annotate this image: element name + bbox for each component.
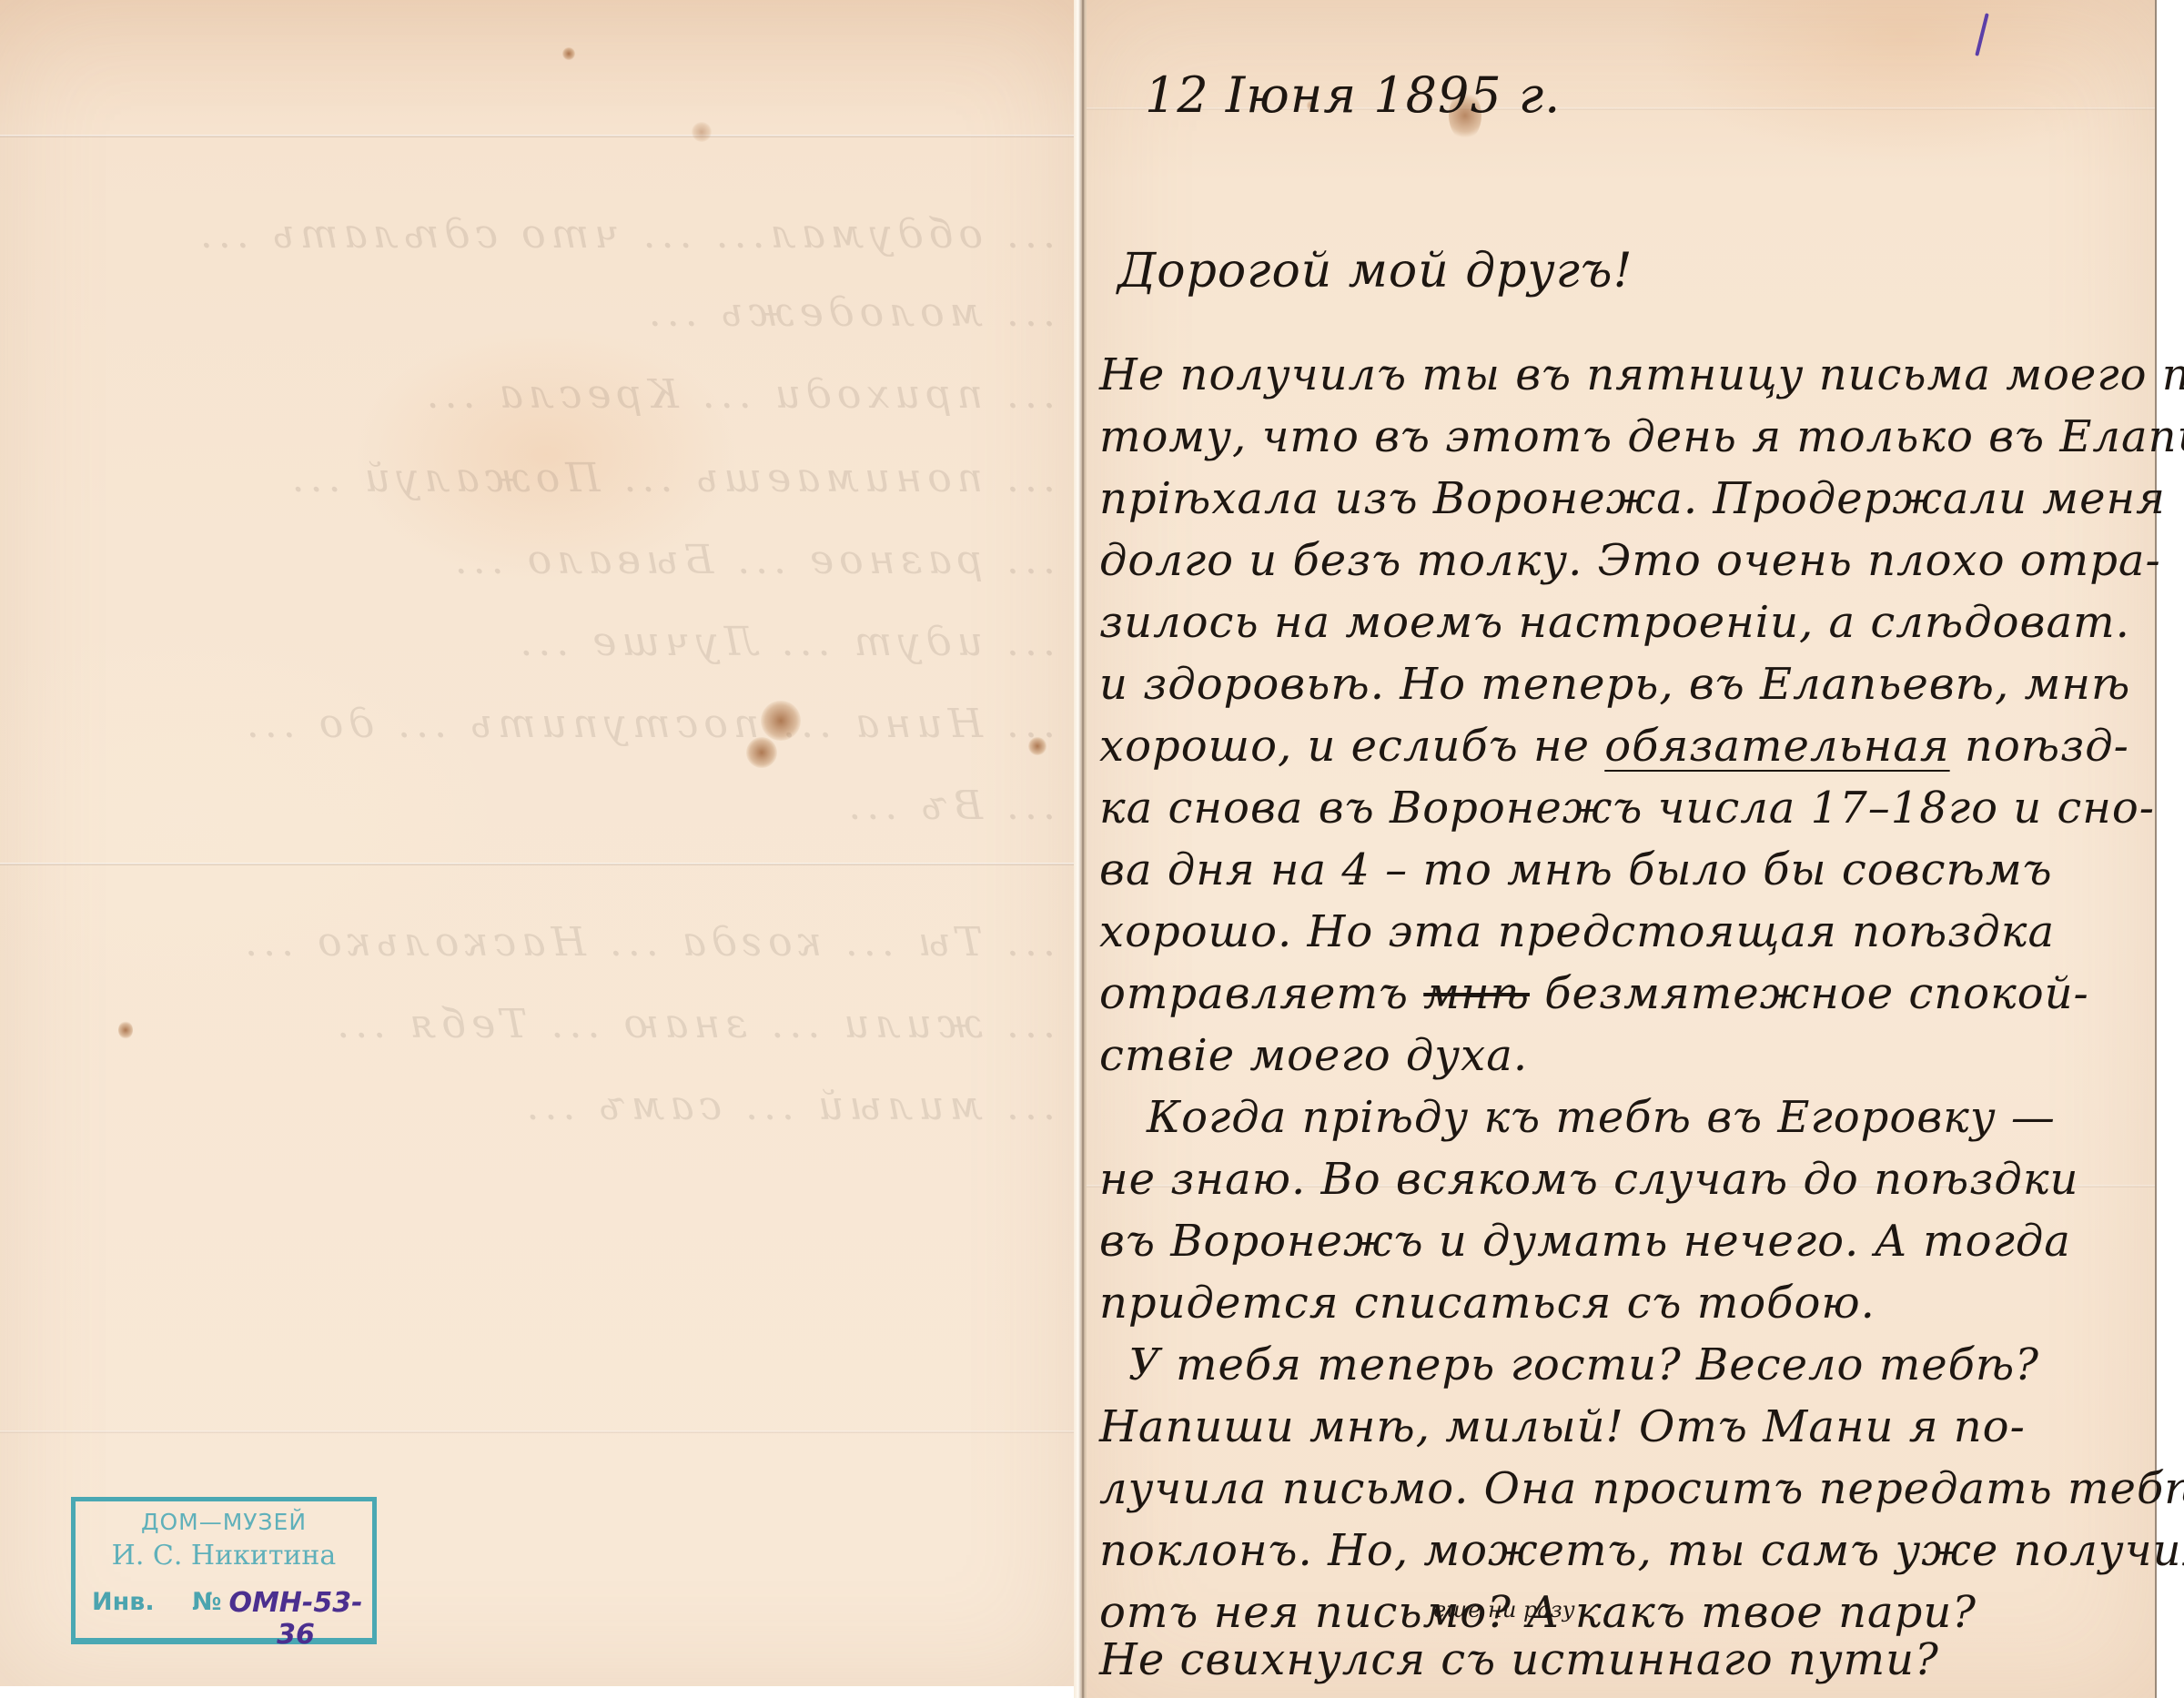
ink-stain	[562, 47, 575, 60]
letter-line: Не получилъ ты въ пятницу письма моего п…	[1099, 353, 2146, 397]
stamp-museum-person: И. С. Никитина	[76, 1540, 372, 1572]
fold-crease-top	[0, 135, 1074, 137]
left-page: ... обдумал... ... что сдѣлать ... ... м…	[0, 0, 1077, 1686]
museum-stamp: ДОМ—МУЗЕЙ И. С. Никитина Инв. № ОМН-53-3…	[71, 1497, 377, 1644]
stamp-inventory-number: ОМН-53-36	[219, 1587, 372, 1651]
ink-stain	[692, 122, 712, 142]
ink-stain	[761, 701, 801, 741]
underlined-word: обязательная	[1604, 721, 1949, 772]
bleed-through-line: ... жили ... знаю ... Тебя ...	[27, 1001, 1056, 1047]
bleed-through-line: ... милый ... самъ ...	[27, 1083, 1056, 1129]
stamp-inv-label: Инв.	[92, 1588, 155, 1616]
letter-salutation: Дорогой мой другъ!	[1117, 248, 2164, 295]
letter-line: не знаю. Во всякомъ случаѣ до поѣздки	[1099, 1157, 2146, 1201]
bleed-through-line: ... Въ ...	[27, 783, 1056, 829]
letter-line: У тебя теперь гости? Весело тебѣ?	[1128, 1343, 2175, 1387]
ink-stain	[1028, 737, 1046, 755]
letter-line: долго и безъ толку. Это очень плохо отра…	[1099, 539, 2146, 582]
bleed-through-line: ... обдумал... ... что сдѣлать ...	[27, 211, 1056, 258]
letter-line: Не свихнулся съ истиннаго пути?	[1099, 1638, 2146, 1682]
letter-line: пріѣхала изъ Воронежа. Продержали меня	[1099, 477, 2146, 520]
letter-line: лучила письмо. Она проситъ передать тебѣ	[1099, 1467, 2146, 1511]
bleed-through-line: ... приходи ... Кресла ...	[27, 371, 1056, 418]
fold-crease-lower	[0, 1430, 1074, 1433]
letter-line: отъ нея письмо? А какъ твое пари?	[1099, 1591, 2146, 1634]
letter-line: ва дня на 4 – то мнѣ было бы совсѣмъ	[1099, 848, 2146, 892]
ink-stain	[118, 1021, 133, 1039]
letter-line: хорошо. Но эта предстоящая поѣздка	[1099, 910, 2146, 954]
fold-crease-middle	[0, 863, 1074, 865]
bleed-through-line: ... разное ... Бывало ...	[27, 537, 1056, 583]
ink-stain	[746, 737, 777, 768]
letter-line: хорошо, и еслибъ не обязательная поѣзд-	[1099, 721, 2129, 772]
letter-line: въ Воронежъ и думать нечего. А тогда	[1099, 1219, 2146, 1263]
letter-line: отравляетъ мнѣ безмятежное спокой-	[1099, 968, 2089, 1019]
letter-line: тому, что въ этотъ день я только въ Елап…	[1099, 415, 2146, 459]
letter-line: зилось на моемъ настроеніи, а слѣдоват.	[1099, 601, 2146, 644]
bleed-through-line: ... идут ... Лучше ...	[27, 619, 1056, 665]
letter-line-with-strikethrough: отравляетъ мнѣ безмятежное спокой-	[1099, 972, 2146, 1016]
bleed-through-line: ... Нина ... поступить ... до ...	[27, 701, 1056, 747]
letter-line: придется списаться съ тобою.	[1099, 1281, 2146, 1325]
letter-line: ка снова въ Воронежъ числа 17–18го и сно…	[1099, 786, 2146, 830]
letter-line: Напиши мнѣ, милый! Отъ Мани я по-	[1099, 1405, 2146, 1449]
bleed-through-line: ... Ты ... когда ... Насколько ...	[27, 919, 1056, 965]
letter-line: и здоровьѣ. Но теперь, въ Елапьевѣ, мнѣ	[1099, 662, 2146, 706]
letter-line: Когда пріѣду къ тебѣ въ Егоровку —	[1147, 1096, 2184, 1139]
struck-word: мнѣ	[1423, 968, 1530, 1019]
letter-line: ствіе моего духа.	[1099, 1034, 2146, 1077]
stamp-number-label: №	[192, 1588, 221, 1616]
interlinear-insertion: еще ни разу	[1433, 1597, 1575, 1622]
letter-date: 12 Іюня 1895 г.	[1145, 71, 2184, 120]
bleed-through-line: ... понимаешь ... Пожалуй ...	[27, 455, 1056, 501]
stamp-museum-name: ДОМ—МУЗЕЙ	[76, 1509, 372, 1535]
bleed-through-line: ... молодежь ...	[27, 289, 1056, 336]
letter-line-with-underline: хорошо, и еслибъ не обязательная поѣзд-	[1099, 724, 2146, 768]
letter-line: поклонъ. Но, можетъ, ты самъ уже получил…	[1099, 1529, 2146, 1572]
